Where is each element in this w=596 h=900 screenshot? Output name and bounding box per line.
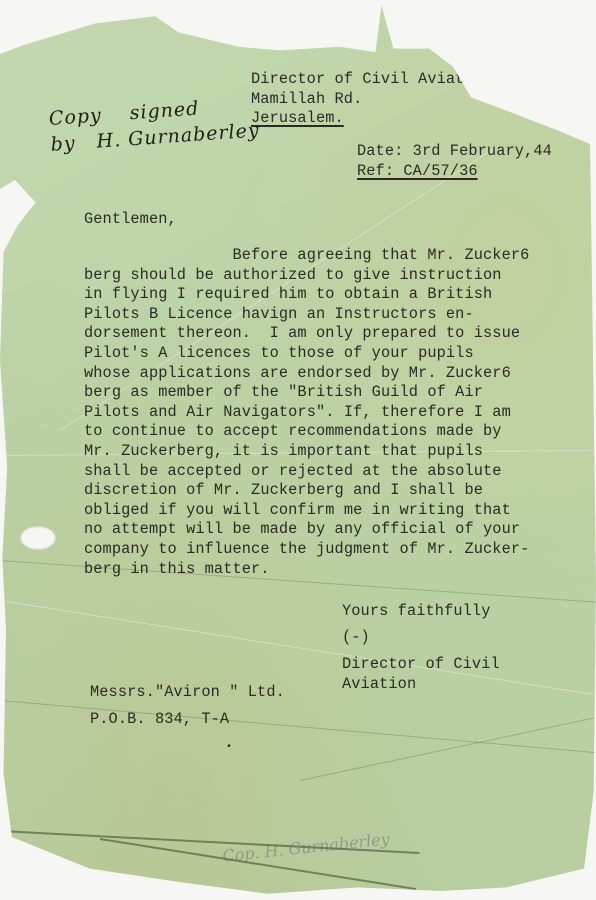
paper-crease xyxy=(0,600,593,695)
ink-dot xyxy=(537,97,545,106)
letter-body: Before agreeing that Mr. Zucker6 berg sh… xyxy=(84,246,529,579)
recipient-address: P.O.B. 834, T-A xyxy=(90,710,229,730)
body-line: berg as member of the "British Guild of … xyxy=(84,383,483,401)
paper-crease xyxy=(300,718,594,781)
body-line: Before agreeing that Mr. Zucker6 xyxy=(84,246,529,264)
handwritten-annotation: Copy signed by H. Gurnaberley xyxy=(48,91,260,157)
body-line: no attempt will be made by any official … xyxy=(84,520,520,538)
body-line: Mr. Zuckerberg, it is important that pup… xyxy=(84,442,483,460)
body-line: berg in this matter. xyxy=(84,560,270,578)
body-line: Pilots B Licence havign an Instructors e… xyxy=(84,305,474,323)
letter-reference: Ref: CA/57/36 xyxy=(357,162,478,180)
recipient-name: Messrs."Aviron " Ltd. xyxy=(90,683,285,703)
closing-title-line-1: Director of Civil xyxy=(342,655,500,673)
sender-address: Director of Civil Aviation Mamillah Rd. … xyxy=(251,70,492,129)
body-line: berg should be authorized to give instru… xyxy=(84,266,502,284)
closing-title: Director of Civil Aviation xyxy=(342,655,500,694)
faint-signature: Cop. H. Gurnaberley xyxy=(221,829,390,865)
sender-name: Director of Civil Aviation xyxy=(251,70,492,88)
body-line: shall be accepted or rejected at the abs… xyxy=(84,462,502,480)
punch-hole xyxy=(20,526,56,550)
sender-street: Mamillah Rd. xyxy=(251,90,362,108)
salutation: Gentlemen, xyxy=(84,210,177,230)
closing-valediction: Yours faithfully xyxy=(342,602,490,622)
sender-city: Jerusalem. xyxy=(251,109,344,127)
body-line: obliged if you will confirm me in writin… xyxy=(84,501,511,519)
body-line: dorsement thereon. I am only prepared to… xyxy=(84,324,520,342)
body-line: Pilot's A licences to those of your pupi… xyxy=(84,344,474,362)
closing-title-line-2: Aviation xyxy=(342,675,416,693)
body-line: whose applications are endorsed by Mr. Z… xyxy=(84,364,511,382)
body-line: discretion of Mr. Zuckerberg and I shall… xyxy=(84,481,483,499)
stray-mark: • xyxy=(226,742,232,753)
body-line: company to influence the judgment of Mr.… xyxy=(84,540,529,558)
body-line: to continue to accept recommendations ma… xyxy=(84,422,502,440)
body-line: Pilots and Air Navigators". If, therefor… xyxy=(84,403,511,421)
body-line: in flying I required him to obtain a Bri… xyxy=(84,285,492,303)
date-ref-block: Date: 3rd February,44 Ref: CA/57/36 xyxy=(357,142,552,181)
closing-signature: (-) xyxy=(342,628,370,648)
letter-paper: Director of Civil Aviation Mamillah Rd. … xyxy=(0,0,596,900)
letter-date: Date: 3rd February,44 xyxy=(357,142,552,160)
